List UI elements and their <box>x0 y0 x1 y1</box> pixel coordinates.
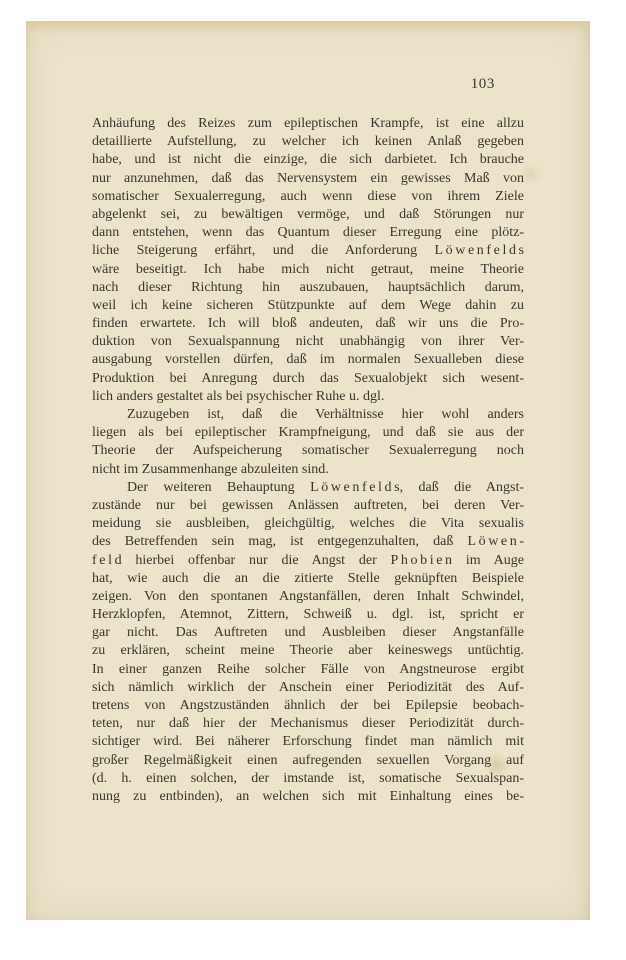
text-segment: habe, und ist nicht die einzige, die sic… <box>92 152 524 167</box>
text-line: meidung sie ausbleiben, gleichgültig, we… <box>92 515 524 533</box>
text-line: somatischer Sexualerregung, auch wenn di… <box>92 188 524 206</box>
text-segment: gar nicht. Das Auftreten und Ausbleiben … <box>92 625 524 640</box>
text-segment: nach dieser Richtung hin auszubauen, hau… <box>92 280 524 295</box>
text-line: hat, wie auch die an die zitierte Stelle… <box>92 570 524 588</box>
text-segment: zu erklären, scheint meine Theorie aber … <box>92 643 524 658</box>
text-segment: des Betreffenden sein mag, ist entgegenz… <box>92 534 467 549</box>
text-line: ausgabung vorstellen dürfen, daß im norm… <box>92 351 524 369</box>
text-segment: ausgabung vorstellen dürfen, daß im norm… <box>92 352 524 367</box>
text-line: (d. h. einen solchen, der imstande ist, … <box>92 770 524 788</box>
text-segment: zeigen. Von den spontanen Angstanfällen,… <box>92 589 524 604</box>
text-segment: Zuzugeben ist, daß die Verhältnisse hier… <box>127 407 524 422</box>
text-segment: hierbei offenbar nur die Angst der <box>122 553 391 568</box>
text-line: wäre beseitigt. Ich habe mich nicht getr… <box>92 261 524 279</box>
text-segment: nung zu entbinden), an welchen sich mit … <box>92 789 524 804</box>
text-line: finden erwartete. Ich will bloß andeuten… <box>92 315 524 333</box>
text-segment: meidung sie ausbleiben, gleichgültig, we… <box>92 516 524 531</box>
text-segment: (d. h. einen solchen, der imstande ist, … <box>92 771 524 786</box>
text-segment: duktion von Sexualspannung nicht unabhän… <box>92 334 524 349</box>
text-line: Herzklopfen, Atemnot, Zittern, Schweiß u… <box>92 606 524 624</box>
text-segment: Anhäufung des Reizes zum epileptischen K… <box>92 116 524 131</box>
text-segment: Produktion bei Anregung durch das Sexual… <box>92 371 524 386</box>
text-segment: Theorie der Aufspeicherung somatischer S… <box>92 443 524 458</box>
text-line: teten, nur daß hier der Mechanismus dies… <box>92 715 524 733</box>
text-segment: Der weiteren Behauptung <box>127 480 310 495</box>
text-line: liegen als bei epileptischer Krampfneigu… <box>92 424 524 442</box>
text-segment: nur anzunehmen, daß das Nervensystem ein… <box>92 171 524 186</box>
text-line: sichtiger wird. Bei näherer Erforschung … <box>92 733 524 751</box>
text-line: des Betreffenden sein mag, ist entgegenz… <box>92 533 524 551</box>
text-segment: abgelenkt sei, zu bewältigen vermöge, un… <box>92 207 524 222</box>
letterspaced-word: Löwenfelds <box>310 480 402 495</box>
text-segment: nicht im Zusammenhange abzuleiten sind. <box>92 462 329 477</box>
text-line: feld hierbei offenbar nur die Angst der … <box>92 552 524 570</box>
text-segment: sich nämlich wirklich der Anschein einer… <box>92 680 524 695</box>
text-segment: großer Regelmäßigkeit einen aufregenden … <box>92 753 524 768</box>
text-segment: zustände nur bei gewissen Anlässen auftr… <box>92 498 524 513</box>
text-line: zu erklären, scheint meine Theorie aber … <box>92 642 524 660</box>
text-segment: wäre beseitigt. Ich habe mich nicht getr… <box>92 262 524 277</box>
text-line: tretens von Angstzuständen ähnlich der b… <box>92 697 524 715</box>
text-segment: finden erwartete. Ich will bloß andeuten… <box>92 316 524 331</box>
text-segment: In einer ganzen Reihe solcher Fälle von … <box>92 662 524 677</box>
text-line: Anhäufung des Reizes zum epileptischen K… <box>92 115 524 133</box>
text-line: zeigen. Von den spontanen Angstanfällen,… <box>92 588 524 606</box>
text-line: gar nicht. Das Auftreten und Ausbleiben … <box>92 624 524 642</box>
text-segment: lich anders gestaltet als bei psychische… <box>92 389 384 404</box>
text-segment: liegen als bei epileptischer Krampfneigu… <box>92 425 524 440</box>
text-segment: im Auge <box>452 553 524 568</box>
book-page: 103 Anhäufung des Reizes zum epileptisch… <box>26 21 590 920</box>
text-segment: tretens von Angstzuständen ähnlich der b… <box>92 698 524 713</box>
text-line: In einer ganzen Reihe solcher Fälle von … <box>92 661 524 679</box>
text-line: sich nämlich wirklich der Anschein einer… <box>92 679 524 697</box>
text-line: zustände nur bei gewissen Anlässen auftr… <box>92 497 524 515</box>
text-line: großer Regelmäßigkeit einen aufregenden … <box>92 752 524 770</box>
text-line: weil ich keine sicheren Stützpunkte auf … <box>92 297 524 315</box>
text-line: Theorie der Aufspeicherung somatischer S… <box>92 442 524 460</box>
page-number: 103 <box>471 76 495 93</box>
text-segment: liche Steigerung erfährt, und die Anford… <box>92 243 435 258</box>
text-segment: teten, nur daß hier der Mechanismus dies… <box>92 716 524 731</box>
text-line: dann entstehen, wenn das Quantum dieser … <box>92 224 524 242</box>
text-segment: Herzklopfen, Atemnot, Zittern, Schweiß u… <box>92 607 524 622</box>
letterspaced-word: Phobien <box>391 553 455 568</box>
text-segment: hat, wie auch die an die zitierte Stelle… <box>92 571 524 586</box>
text-segment: detaillierte Aufstellung, zu welcher ich… <box>92 134 524 149</box>
text-line: nach dieser Richtung hin auszubauen, hau… <box>92 279 524 297</box>
text-line: habe, und ist nicht die einzige, die sic… <box>92 151 524 169</box>
text-block: Anhäufung des Reizes zum epileptischen K… <box>92 115 524 806</box>
text-line: nur anzunehmen, daß das Nervensystem ein… <box>92 170 524 188</box>
text-line: detaillierte Aufstellung, zu welcher ich… <box>92 133 524 151</box>
text-line: Produktion bei Anregung durch das Sexual… <box>92 370 524 388</box>
text-line: abgelenkt sei, zu bewältigen vermöge, un… <box>92 206 524 224</box>
text-segment: dann entstehen, wenn das Quantum dieser … <box>92 225 524 240</box>
text-segment: somatischer Sexualerregung, auch wenn di… <box>92 189 524 204</box>
text-line: Der weiteren Behauptung Löwenfelds, daß … <box>92 479 524 497</box>
text-line: nicht im Zusammenhange abzuleiten sind. <box>92 461 524 479</box>
text-line: liche Steigerung erfährt, und die Anford… <box>92 242 524 260</box>
text-line: Zuzugeben ist, daß die Verhältnisse hier… <box>92 406 524 424</box>
text-line: duktion von Sexualspannung nicht unabhän… <box>92 333 524 351</box>
text-segment: sichtiger wird. Bei näherer Erforschung … <box>92 734 524 749</box>
scan-background: 103 Anhäufung des Reizes zum epileptisch… <box>0 0 626 960</box>
letterspaced-word: Löwen- <box>467 534 524 549</box>
letterspaced-word: Löwenfelds <box>435 243 525 258</box>
text-line: lich anders gestaltet als bei psychische… <box>92 388 524 406</box>
letterspaced-word: feld <box>92 553 124 568</box>
text-segment: , daß die Angst- <box>400 480 524 495</box>
text-segment: weil ich keine sicheren Stützpunkte auf … <box>92 298 524 313</box>
text-line: nung zu entbinden), an welchen sich mit … <box>92 788 524 806</box>
